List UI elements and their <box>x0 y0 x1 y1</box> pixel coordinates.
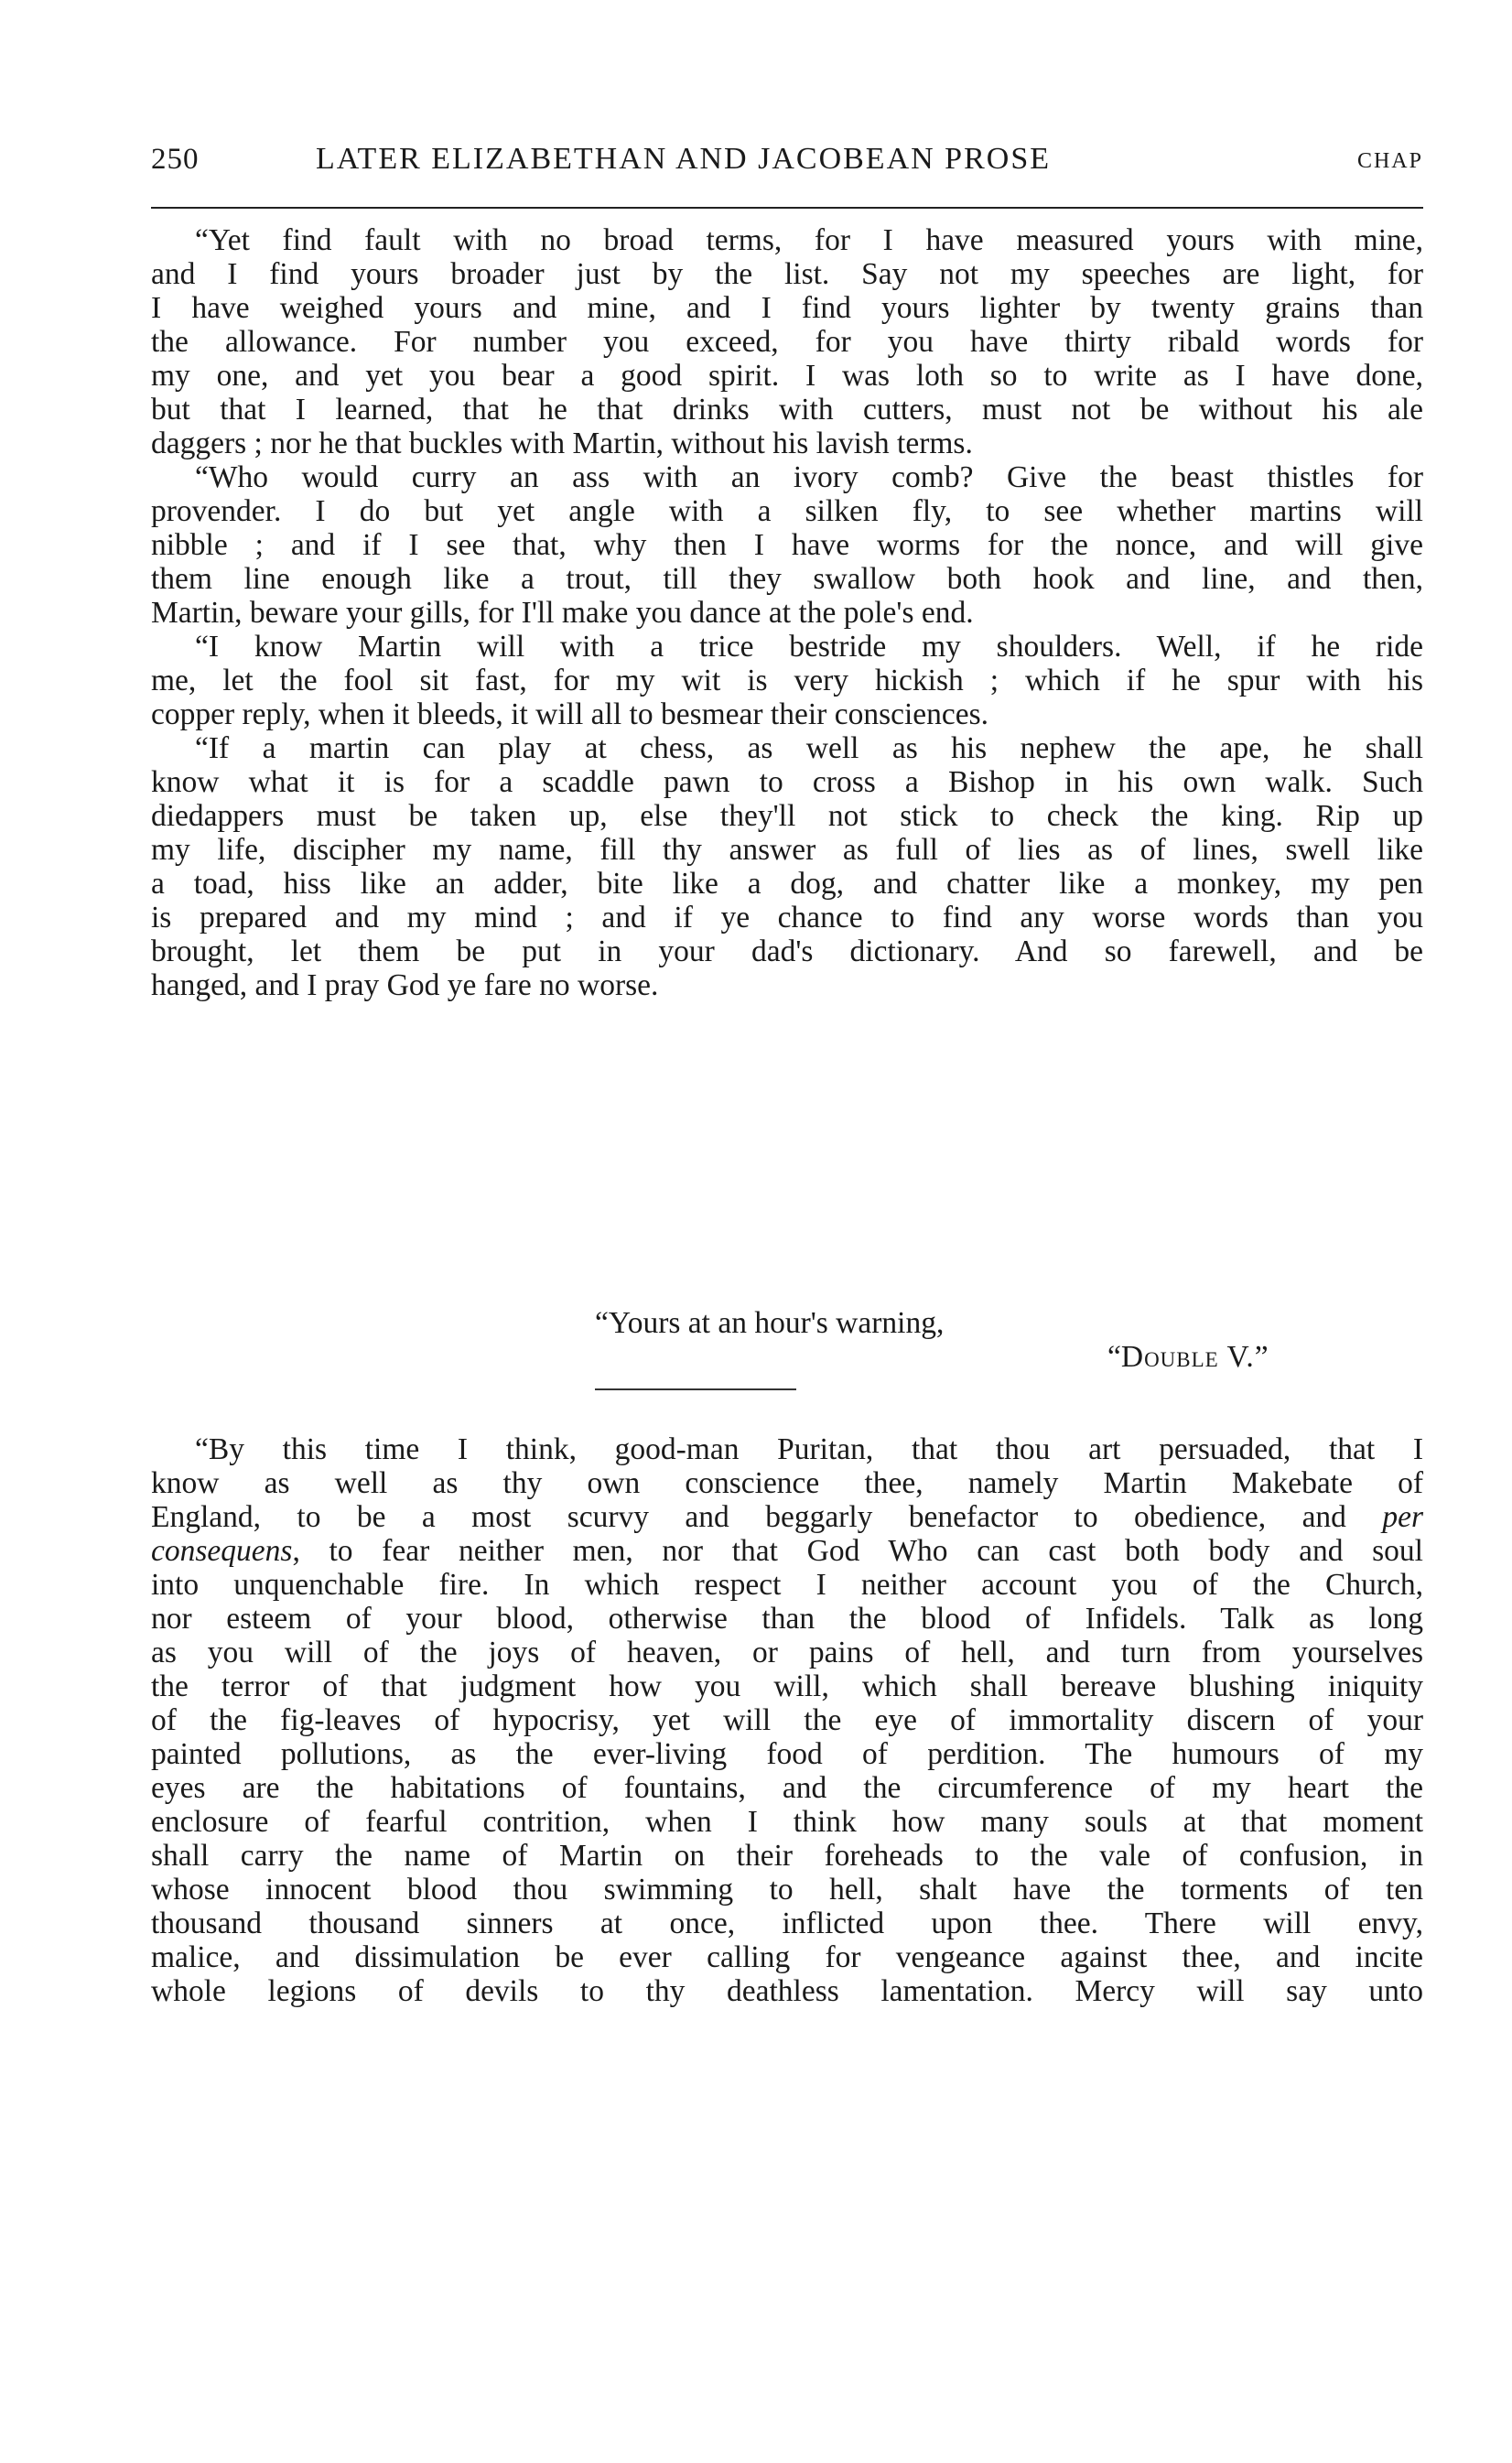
paragraph: “Who would curry an ass with an ivory co… <box>151 460 1423 630</box>
text-line: copper reply, when it bleeds, it will al… <box>151 697 1423 731</box>
text-line: enclosure of fearful contrition, when I … <box>151 1805 1423 1839</box>
text-line: me, let the fool sit fast, for my wit is… <box>151 664 1423 697</box>
text-line: painted pollutions, as the ever-living f… <box>151 1737 1423 1771</box>
running-title: LATER ELIZABETHAN AND JACOBEAN PROSE <box>316 139 1051 179</box>
text-line: nor esteem of your blood, otherwise than… <box>151 1602 1423 1636</box>
text-line: of the fig-leaves of hypocrisy, yet will… <box>151 1703 1423 1737</box>
chapter-label: CHAP <box>1357 141 1423 181</box>
text-line: “Who would curry an ass with an ivory co… <box>151 460 1423 494</box>
text-line: and I find yours broader just by the lis… <box>151 257 1423 291</box>
text-line: “If a martin can play at chess, as well … <box>151 731 1423 765</box>
text-line: daggers ; nor he that buckles with Marti… <box>151 427 1423 460</box>
text-line: my one, and yet you bear a good spirit. … <box>151 359 1423 393</box>
text-line: shall carry the name of Martin on their … <box>151 1839 1423 1873</box>
text-line: know as well as thy own conscience thee,… <box>151 1466 1423 1500</box>
header-rule <box>151 207 1423 209</box>
text-line: “I know Martin will with a trice bestrid… <box>151 630 1423 664</box>
text-line: is prepared and my mind ; and if ye chan… <box>151 901 1423 934</box>
text-line: diedappers must be taken up, else they'l… <box>151 799 1423 833</box>
text-line: but that I learned, that he that drinks … <box>151 393 1423 427</box>
italic-text: consequens <box>151 1534 292 1568</box>
text-line: whose innocent blood thou swimming to he… <box>151 1873 1423 1907</box>
letter-signature: “Double V.” <box>1107 1340 1269 1374</box>
text-span: England, to be a most scurvy and beggarl… <box>151 1500 1382 1534</box>
text-line: thousand thousand sinners at once, infli… <box>151 1907 1423 1940</box>
text-line: I have weighed yours and mine, and I fin… <box>151 291 1423 325</box>
running-head: 250 LATER ELIZABETHAN AND JACOBEAN PROSE… <box>151 139 1423 179</box>
text-line: into unquenchable fire. In which respect… <box>151 1568 1423 1602</box>
text-line: whole legions of devils to thy deathless… <box>151 1974 1423 2008</box>
text-line: England, to be a most scurvy and beggarl… <box>151 1500 1423 1534</box>
text-line: brought, let them be put in your dad's d… <box>151 934 1423 968</box>
text-line: the allowance. For number you exceed, fo… <box>151 325 1423 359</box>
text-line: Martin, beware your gills, for I'll make… <box>151 596 1423 630</box>
paragraph: “I know Martin will with a trice bestrid… <box>151 630 1423 731</box>
close-quote: ” <box>1255 1340 1269 1374</box>
text-line: as you will of the joys of heaven, or pa… <box>151 1636 1423 1669</box>
text-line: nibble ; and if I see that, why then I h… <box>151 528 1423 562</box>
page-number: 250 <box>151 139 200 179</box>
text-line: a toad, hiss like an adder, bite like a … <box>151 867 1423 901</box>
text-line: hanged, and I pray God ye fare no worse. <box>151 968 1423 1002</box>
text-line: know what it is for a scaddle pawn to cr… <box>151 765 1423 799</box>
paragraph: “By this time I think, good-man Puritan,… <box>151 1432 1423 2008</box>
paragraph: “Yet find fault with no broad terms, for… <box>151 223 1423 460</box>
second-passage: “By this time I think, good-man Puritan,… <box>151 1432 1423 2008</box>
text-line: them line enough like a trout, till they… <box>151 562 1423 596</box>
italic-text: per <box>1382 1500 1423 1534</box>
text-line: consequens, to fear neither men, nor tha… <box>151 1534 1423 1568</box>
book-page: 250 LATER ELIZABETHAN AND JACOBEAN PROSE… <box>0 0 1512 2463</box>
text-line: “Yet find fault with no broad terms, for… <box>151 223 1423 257</box>
section-separator <box>595 1388 796 1390</box>
signature-name: Double V. <box>1121 1340 1255 1374</box>
open-quote: “ <box>1107 1340 1121 1374</box>
paragraph: “If a martin can play at chess, as well … <box>151 731 1423 1002</box>
letter-signoff: “Yours at an hour's warning, <box>595 1306 944 1340</box>
text-span: , to fear neither men, nor that God Who … <box>292 1534 1423 1568</box>
text-line: “By this time I think, good-man Puritan,… <box>151 1432 1423 1466</box>
text-line: provender. I do but yet angle with a sil… <box>151 494 1423 528</box>
text-line: malice, and dissimulation be ever callin… <box>151 1940 1423 1974</box>
text-line: eyes are the habitations of fountains, a… <box>151 1771 1423 1805</box>
letter-text: “Yet find fault with no broad terms, for… <box>151 223 1423 1002</box>
text-line: the terror of that judgment how you will… <box>151 1669 1423 1703</box>
text-line: my life, discipher my name, fill thy ans… <box>151 833 1423 867</box>
